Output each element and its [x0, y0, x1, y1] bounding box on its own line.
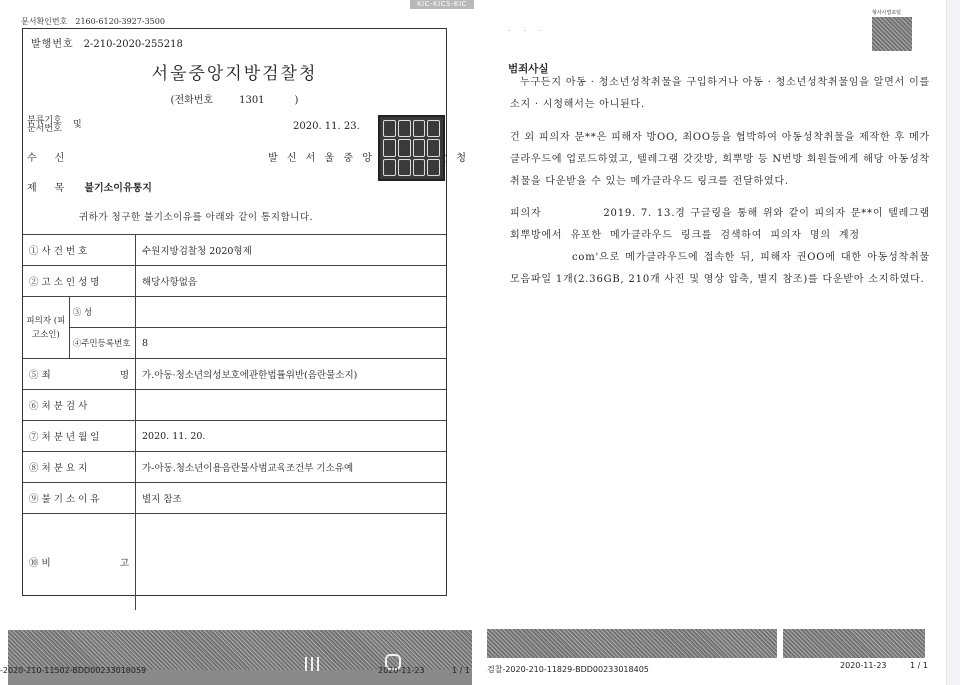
notice-page: KIC-KICS-KIC 문서확인번호2160-6120-3927-3500 발… — [0, 0, 478, 685]
top-barcode: KIC-KICS-KIC — [410, 0, 474, 9]
left-footer-barcode — [8, 630, 472, 685]
table-row: ④주민등록번호 8 — [23, 328, 446, 359]
table-row: ⑨ 불 기 소 이 유 별지 참조 — [23, 483, 446, 514]
name-value — [136, 297, 447, 328]
class-and: 및 — [73, 117, 82, 130]
charge-value: 가.아동·청소년의성보호에관한법률위반(음란물소지) — [136, 359, 447, 390]
remarks-label: ⑩ 비고 — [23, 514, 136, 611]
paragraph-2-text: 건 외 피의자 문**은 피해자 방OO, 최OO등을 협박하여 아동성착취물을… — [510, 127, 930, 193]
barcode-noise — [8, 630, 472, 670]
right-footer-code: 검찰-2020-210-11829-BDD00233018405 — [487, 664, 649, 675]
intro-text: 귀하가 청구한 불기소이유를 아래와 같이 통지합니다. — [79, 209, 313, 223]
recipient-label: 수신 — [27, 149, 82, 164]
disposition-date-value: 2020. 11. 20. — [136, 421, 447, 452]
notice-date: 2020. 11. 23. — [293, 121, 360, 132]
scrollbar[interactable] — [946, 0, 960, 685]
table-row: 피의자 (피고소인) ③ 성 — [23, 297, 446, 328]
table-row: ⑩ 비고 — [23, 514, 446, 611]
remarks-value — [136, 514, 447, 611]
rrn-value: 8 — [136, 328, 447, 359]
doc-confirm-value: 2160-6120-3927-3500 — [75, 17, 165, 26]
charge-label-a: ⑤ 죄 — [29, 367, 51, 381]
disposition-date-label: ⑦ 처 분 년 월 일 — [23, 421, 136, 452]
qr-label: 형사사법포털 — [872, 9, 901, 16]
rrn-label: ④주민등록번호 — [69, 328, 135, 359]
scan-dots: · · · — [508, 28, 548, 35]
office-title: 서울중앙지방검찰청 — [23, 59, 446, 84]
paragraph-3-b: com'으로 메가클라우드에 접속한 뒤, 피해자 권OO에 대한 아동성착취물… — [510, 252, 930, 285]
notice-frame: 발행번호2-210-2020-255218 서울중앙지방검찰청 (전화번호130… — [22, 28, 447, 596]
table-row: ① 사 건 번 호 수원지방검찰청 2020형제 — [23, 235, 446, 266]
phone-line: (전화번호1301) — [23, 91, 446, 106]
prosecutor-label: ⑥ 처 분 검 사 — [23, 390, 136, 421]
paragraph-3: 피의자2019. 7. 13.경 구글링을 통해 위와 같이 피의자 문**이 … — [510, 203, 930, 291]
issue-number: 발행번호2-210-2020-255218 — [31, 35, 183, 50]
doc-confirm-number: 문서확인번호2160-6120-3927-3500 — [21, 16, 165, 27]
paragraph-2: 건 외 피의자 문**은 피해자 방OO, 최OO등을 협박하여 아동성착취물을… — [510, 127, 930, 193]
disposition-gist-value: 가-아동.청소년이용음란물사범교육조건부 기소유예 — [136, 452, 447, 483]
charge-label-b: 명 — [120, 367, 129, 381]
prosecutor-value — [136, 390, 447, 421]
right-barcode-2 — [635, 629, 777, 658]
table-row: ⑦ 처 분 년 월 일 2020. 11. 20. — [23, 421, 446, 452]
subject-value: 불기소이유통지 — [84, 183, 152, 194]
right-footer-page: 1 / 1 — [910, 661, 928, 670]
phone-close: ) — [295, 95, 299, 106]
notice-table: ① 사 건 번 호 수원지방검찰청 2020형제 ② 고 소 인 성 명 해당사… — [23, 234, 446, 610]
left-footer-page: 1 / 1 — [452, 666, 470, 675]
classification-label: 분류기호 문서번호 — [27, 117, 62, 133]
reason-value: 별지 참조 — [136, 483, 447, 514]
remarks-label-a: ⑩ 비 — [29, 555, 51, 569]
issue-label: 발행번호 — [31, 39, 74, 50]
table-row: ⑥ 처 분 검 사 — [23, 390, 446, 421]
remarks-label-b: 고 — [120, 555, 129, 569]
class-label-2: 문서번호 — [27, 125, 62, 133]
issue-value: 2-210-2020-255218 — [84, 39, 183, 50]
right-barcode-3 — [783, 629, 925, 658]
paragraph-3-lead: 피의자 — [510, 208, 541, 219]
qr-code-icon — [872, 17, 912, 51]
right-barcode-1 — [487, 629, 637, 658]
left-footer-date: 2020-11-23 — [378, 666, 425, 675]
recent-apps-icon[interactable] — [305, 657, 319, 671]
case-no-value: 수원지방검찰청 2020형제 — [136, 235, 447, 266]
reason-label: ⑨ 불 기 소 이 유 — [23, 483, 136, 514]
left-footer-code: -2020-210-11502-BDD00233018059 — [0, 666, 146, 675]
complainant-value: 해당사항없음 — [136, 266, 447, 297]
right-footer-date: 2020-11-23 — [840, 661, 887, 670]
paragraph-3-a: 2019. 7. 13.경 구글링을 통해 위와 같이 피의자 문**이 텔레그… — [510, 208, 930, 241]
case-no-label: ① 사 건 번 호 — [23, 235, 136, 266]
official-seal-icon — [378, 115, 445, 181]
phone-label: (전화번호 — [171, 95, 214, 106]
subject: 제목불기소이유통지 — [27, 179, 152, 194]
phone-number: 1301 — [239, 95, 264, 106]
table-row: ⑤ 죄명 가.아동·청소년의성보호에관한법률위반(음란물소지) — [23, 359, 446, 390]
table-row: ⑧ 처 분 요 지 가-아동.청소년이용음란물사범교육조건부 기소유예 — [23, 452, 446, 483]
charge-label: ⑤ 죄명 — [23, 359, 136, 390]
suspect-group-label: 피의자 (피고소인) — [23, 297, 69, 359]
paragraph-1: 누구든지 아동 · 청소년성착취물을 구입하거나 아동 · 청소년성착취물임을 … — [510, 72, 930, 116]
subject-label: 제목 — [27, 183, 82, 194]
name-label: ③ 성 — [69, 297, 135, 328]
table-row: ② 고 소 인 성 명 해당사항없음 — [23, 266, 446, 297]
doc-confirm-label: 문서확인번호 — [21, 17, 67, 26]
complainant-label: ② 고 소 인 성 명 — [23, 266, 136, 297]
paragraph-1-text: 누구든지 아동 · 청소년성착취물을 구입하거나 아동 · 청소년성착취물임을 … — [510, 72, 930, 116]
disposition-gist-label: ⑧ 처 분 요 지 — [23, 452, 136, 483]
